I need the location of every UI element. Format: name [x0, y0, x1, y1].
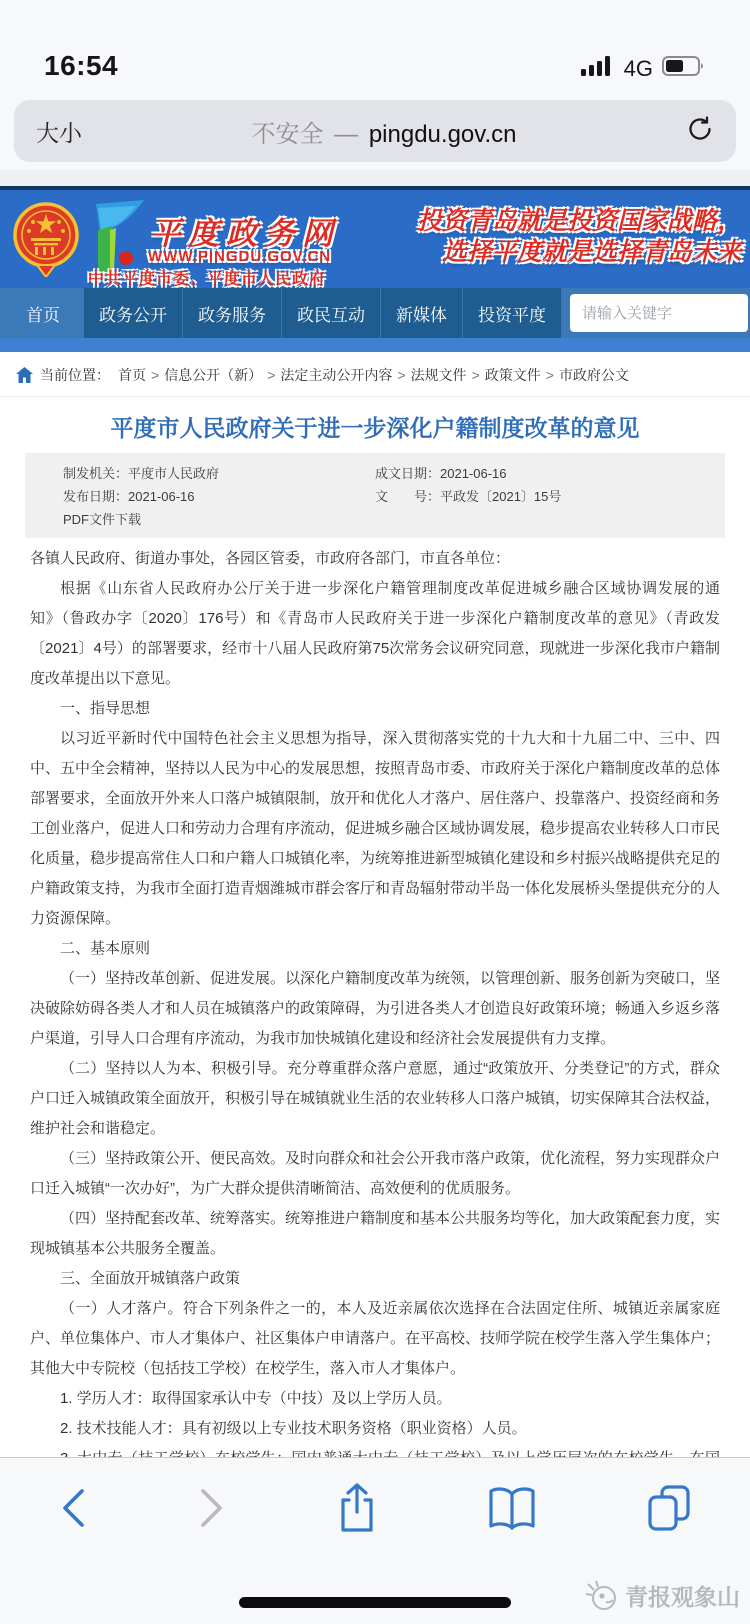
nav-item-3[interactable]: 政民互动 — [282, 288, 381, 338]
site-header-banner: 平度政务网 WWW.PINGDU.GOV.CN 中共平度市委、平度市人民政府 投… — [0, 190, 750, 288]
webpage-content: 当前位置： 首页>信息公开（新）>法定主动公开内容>法规文件>政策文件>市政府公… — [0, 352, 750, 1457]
doc-paragraph-0: 各镇人民政府、街道办事处，各园区管委，市政府各部门，市直各单位： — [30, 544, 720, 574]
doc-paragraph-12: 2. 技术技能人才：具有初级以上专业技术职务资格（职业资格）人员。 — [30, 1414, 720, 1444]
bookmarks-button[interactable] — [487, 1486, 537, 1530]
reload-button[interactable] — [686, 115, 714, 148]
nav-menu: 首页政务公开政务服务政民互动新媒体投资平度 — [0, 288, 562, 338]
meta-doc-number: 文 号：平政发〔2021〕15号 — [375, 485, 687, 508]
nav-item-0[interactable]: 首页 — [0, 288, 84, 338]
doc-paragraph-3: 以习近平新时代中国特色社会主义思想为指导，深入贯彻落实党的十九大和十九届二中、三… — [30, 724, 720, 934]
breadcrumb-separator: > — [262, 367, 280, 383]
national-emblem-icon — [12, 201, 80, 282]
site-name: 平度政务网 — [150, 208, 340, 253]
share-icon — [336, 1482, 378, 1534]
document-meta-box: 制发机关：平度市人民政府 成文日期：2021-06-16 发布日期：2021-0… — [25, 453, 725, 538]
back-button[interactable] — [58, 1487, 88, 1529]
doc-paragraph-6: （二）坚持以人为本、积极引导。充分尊重群众落户意愿，通过“政策放开、分类登记”的… — [30, 1054, 720, 1144]
safari-bottom-toolbar: 青报观象山 — [0, 1457, 750, 1624]
breadcrumb-item-5[interactable]: 市政府公文 — [559, 367, 629, 383]
breadcrumb-item-2[interactable]: 法定主动公开内容 — [280, 367, 392, 383]
search-input[interactable] — [570, 305, 748, 322]
status-bar: 16:54 4G — [0, 0, 750, 92]
nav-item-4[interactable]: 新媒体 — [381, 288, 463, 338]
breadcrumb-separator: > — [467, 367, 485, 383]
document-title: 平度市人民政府关于进一步深化户籍制度改革的意见 — [24, 413, 726, 443]
doc-paragraph-8: （四）坚持配套改革、统筹落实。统筹推进户籍制度和基本公共服务均等化，加大政策配套… — [30, 1204, 720, 1264]
doc-paragraph-2: 一、指导思想 — [30, 694, 720, 724]
breadcrumb-item-3[interactable]: 法规文件 — [411, 367, 467, 383]
slogan-line2: 选择平度就是选择青岛未来 — [442, 238, 742, 266]
network-type-label: 4G — [624, 56, 653, 82]
watermark: 青报观象山 — [584, 1578, 740, 1612]
tabs-button[interactable] — [646, 1484, 692, 1532]
investment-slogan: 投资青岛就是投资国家战略， 选择平度就是选择青岛未来 — [350, 206, 742, 268]
chevron-right-icon — [197, 1487, 227, 1529]
home-icon — [16, 367, 33, 383]
meta-publish-date: 发布日期：2021-06-16 — [63, 485, 375, 508]
open-book-icon — [487, 1486, 537, 1530]
breadcrumb-separator: > — [541, 367, 559, 383]
iphone-safari-screen: 16:54 4G 大小 — [0, 0, 750, 1624]
breadcrumb-separator: > — [392, 367, 410, 383]
doc-paragraph-5: （一）坚持改革创新、促进发展。以深化户籍制度改革为统领，以管理创新、服务创新为突… — [30, 964, 720, 1054]
nav-item-2[interactable]: 政务服务 — [183, 288, 282, 338]
forward-button[interactable] — [197, 1487, 227, 1529]
tabs-icon — [646, 1484, 692, 1532]
site-url-label: WWW.PINGDU.GOV.CN — [148, 248, 331, 265]
nav-item-1[interactable]: 政务公开 — [84, 288, 183, 338]
site-search — [570, 294, 748, 332]
site-organization-label: 中共平度市委、平度市人民政府 — [88, 266, 326, 288]
breadcrumb-item-4[interactable]: 政策文件 — [485, 367, 541, 383]
insecure-label: 不安全 — [251, 121, 323, 148]
safari-address-row: 大小 不安全 — pingdu.gov.cn — [0, 92, 750, 170]
clock: 16:54 — [44, 50, 118, 82]
url-host: pingdu.gov.cn — [369, 121, 517, 148]
nav-substrip — [0, 338, 750, 352]
share-button[interactable] — [336, 1482, 378, 1534]
breadcrumb-item-1[interactable]: 信息公开（新） — [164, 367, 262, 383]
breadcrumb-separator: > — [146, 367, 164, 383]
breadcrumb-items: 首页>信息公开（新）>法定主动公开内容>法规文件>政策文件>市政府公文 — [118, 365, 629, 385]
chevron-left-icon — [58, 1487, 88, 1529]
url-separator: — — [330, 121, 362, 148]
breadcrumb-label: 当前位置： — [40, 365, 110, 385]
url-display[interactable]: 不安全 — pingdu.gov.cn — [82, 114, 686, 149]
battery-icon — [662, 55, 706, 82]
document-body: 各镇人民政府、街道办事处，各园区管委，市政府各部门，市直各单位：根据《山东省人民… — [0, 538, 750, 1457]
meta-issuing-org: 制发机关：平度市人民政府 — [63, 462, 375, 485]
doc-paragraph-9: 三、全面放开城镇落户政策 — [30, 1264, 720, 1294]
nav-item-5[interactable]: 投资平度 — [463, 288, 562, 338]
doc-paragraph-11: 1. 学历人才：取得国家承认中专（中技）及以上学历人员。 — [30, 1384, 720, 1414]
page-top-gap — [0, 170, 750, 186]
doc-paragraph-13: 3. 大中专（技工学校）在校学生：国内普通大中专（技工学校）及以上学历层次的在校… — [30, 1444, 720, 1457]
signal-strength-icon — [581, 55, 615, 82]
meta-written-date: 成文日期：2021-06-16 — [375, 462, 687, 485]
doc-paragraph-7: （三）坚持政策公开、便民高效。及时向群众和社会公开我市落户政策，优化流程，努力实… — [30, 1144, 720, 1204]
breadcrumb-item-0[interactable]: 首页 — [118, 367, 146, 383]
doc-paragraph-4: 二、基本原则 — [30, 934, 720, 964]
doc-paragraph-1: 根据《山东省人民政府办公厅关于进一步深化户籍管理制度改革促进城乡融合区域协调发展… — [30, 574, 720, 694]
watermark-text: 青报观象山 — [625, 1579, 740, 1612]
home-indicator[interactable] — [239, 1597, 511, 1608]
breadcrumb: 当前位置： 首页>信息公开（新）>法定主动公开内容>法规文件>政策文件>市政府公… — [0, 352, 750, 397]
address-bar[interactable]: 大小 不安全 — pingdu.gov.cn — [14, 100, 736, 162]
pdf-download-link[interactable]: PDF文件下载 — [63, 508, 375, 531]
doc-paragraph-10: （一）人才落户。符合下列条件之一的，本人及近亲属依次选择在合法固定住所、城镇近亲… — [30, 1294, 720, 1384]
mascot-icon — [584, 1578, 620, 1612]
text-size-button[interactable]: 大小 — [36, 115, 82, 148]
slogan-line1: 投资青岛就是投资国家战略， — [417, 207, 742, 235]
main-nav-bar: 首页政务公开政务服务政民互动新媒体投资平度 — [0, 288, 750, 338]
